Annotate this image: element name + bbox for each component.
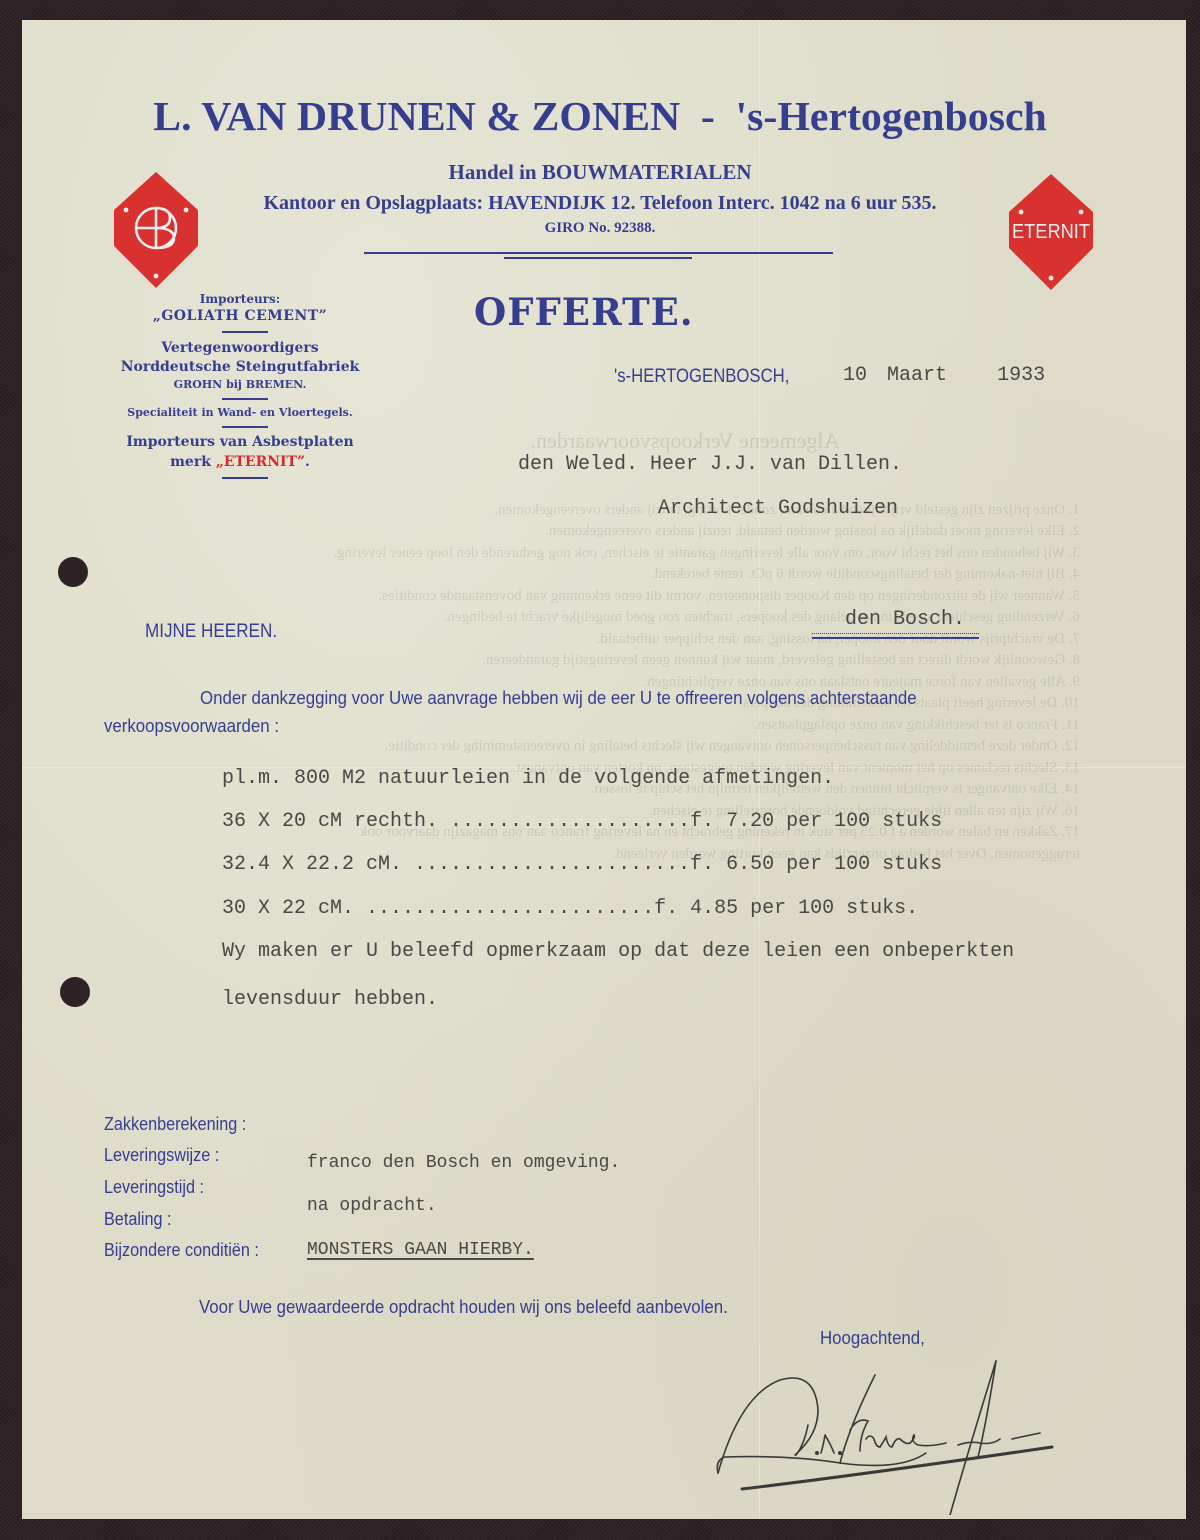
brand-suffix: . [305,454,310,470]
speciality-line: Specialiteit in Wand- en Vloertegels. [100,406,380,419]
company-city: 's-Hertogenbosch [736,93,1047,139]
trade-name: BOUWMATERIALEN [542,160,752,184]
intro-line-1: Onder dankzegging voor Uwe aanvrage hebb… [200,687,917,709]
condition-value-delivery-method: franco den Bosch en omgeving. [307,1153,620,1173]
offer-summary: pl.m. 800 M2 natuurleien in de volgende … [222,767,834,790]
representatives-label: Vertegenwoordigers [100,340,380,356]
condition-label-payment: Betaling : [104,1209,172,1230]
bleed-line: 12. Onder deze bemiddeling van tusschenp… [290,736,1080,758]
bleed-line: 5. Wanneer wij de uitzonderingen op den … [290,586,1080,608]
date-month: Maart [887,364,947,387]
eternit-brand-line: merk „ETERNIT”. [100,454,380,470]
header-rule-long [364,252,833,254]
recipient-name: den Weled. Heer J.J. van Dillen. [518,453,902,476]
item-price: f. 6.50 [690,853,774,876]
condition-value-payment: na opdracht. [307,1196,437,1216]
representatives-location: GROHN bij BREMEN. [100,378,380,391]
offer-item: 36 X 20 cM rechth. ....................f… [222,810,942,833]
sidebar-rule [222,398,268,400]
representatives-company: Norddeutsche Steingutfabriek [100,359,380,375]
bleed-line: 8. Gewoonlijk wordt direct na bestelling… [290,650,1080,672]
asbestos-line: Importeurs van Asbestplaten [100,434,380,450]
condition-label-delivery-method: Leveringswijze : [104,1145,219,1166]
place-label: 's-HERTOGENBOSCH, [614,366,789,388]
document-title: OFFERTE. [474,290,694,334]
eternit-logo-icon: ETERNIT [1001,172,1101,292]
bleed-line: 7. De vrachtprijs wordt door den kooper,… [290,629,1080,651]
signature-icon [700,1335,1060,1515]
item-size: 36 X 20 cM rechth. [222,810,438,833]
date-line: 10 Maart 1933 [843,364,1045,387]
offer-note-line-1: Wy maken er U beleefd opmerkzaam op dat … [222,940,1014,963]
item-unit: per 100 stuks. [750,897,918,920]
item-leader: ........................ [354,897,654,920]
bleed-line: 4. Bij niet-nakoming der betalingscondit… [290,564,1080,586]
eb-logo-icon [106,170,206,290]
importers-label: Importeurs: [100,292,380,306]
punch-hole-bottom [60,977,90,1007]
goliath-cement: „GOLIATH CEMENT” [100,308,380,324]
date-day: 10 [843,364,867,387]
item-leader: .................... [438,810,690,833]
salutation: MIJNE HEEREN. [145,621,277,643]
title-separator: - [701,93,715,139]
brand-name: „ETERNIT” [216,454,305,470]
city-dotted-line [812,633,979,634]
company-name: L. VAN DRUNEN & ZONEN [153,93,680,139]
bleed-line: 11. Franco is ter beschikking van onze o… [290,715,1080,737]
item-price: f. 4.85 [654,897,738,920]
condition-label-special: Bijzondere conditiën : [104,1240,259,1261]
trade-prefix: Handel in [448,160,536,184]
date-year: 1933 [997,364,1045,387]
condition-label-delivery-time: Leveringstijd : [104,1177,204,1198]
offer-item: 32.4 X 22.2 cM. .......................f… [222,853,942,876]
company-title: L. VAN DRUNEN & ZONEN - 's-Hertogenbosch [59,92,1140,140]
recipient-title: Architect Godshuizen [658,497,898,520]
item-unit: per 100 stuks [786,810,942,833]
city-underline [812,637,979,639]
item-price: f. 7.20 [690,810,774,833]
sidebar-rule [222,477,268,479]
header-rule-short [504,257,692,259]
recipient-city: den Bosch. [845,608,965,631]
offer-item: 30 X 22 cM. ........................f. 4… [222,897,918,920]
sidebar-rule [222,426,268,428]
item-size: 32.4 X 22.2 cM. [222,853,402,876]
intro-line-2: verkoopsvoorwaarden : [104,715,279,737]
item-leader: ....................... [402,853,690,876]
brand-prefix: merk [170,454,211,470]
bleed-heading: Algemeene Verkoopsvoorwaarden. [290,430,1080,452]
offer-note-line-2: levensduur hebben. [222,988,438,1011]
item-unit: per 100 stuks [786,853,942,876]
bleed-line: 3. Wij behouden ons het recht voor, om v… [290,543,1080,565]
closing-recommendation: Voor Uwe gewaardeerde opdracht houden wi… [199,1296,728,1318]
punch-hole-top [58,557,88,587]
bleed-line: 2. Elke levering moet dadelijk na lossin… [290,521,1080,543]
condition-label-bag-calculation: Zakkenberekening : [104,1114,246,1135]
item-size: 30 X 22 cM. [222,897,354,920]
svg-text:ETERNIT: ETERNIT [1012,221,1090,243]
sidebar-rule [222,331,268,333]
condition-value-special: MONSTERS GAAN HIERBY. [307,1240,534,1260]
